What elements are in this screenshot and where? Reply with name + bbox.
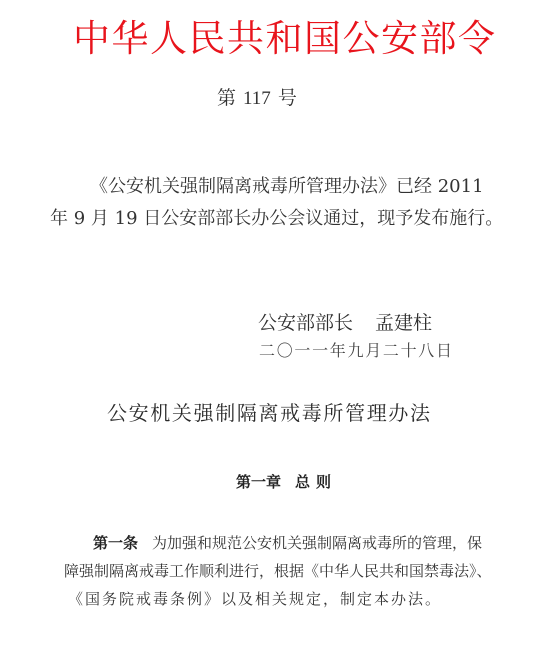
signatory-name: 孟建柱 <box>375 312 432 334</box>
article-1-text-3: 《国务院戒毒条例》以及相关规定，制定本办法。 <box>68 590 442 608</box>
chapter-label: 第一章 <box>236 473 281 491</box>
signature: 公安部部长孟建柱 <box>258 311 451 335</box>
article-1-line-1: 第一条为加强和规范公安机关强制隔离戒毒所的管理，保 <box>93 533 467 553</box>
signature-date: 二〇一一年九月二十八日 <box>259 341 452 361</box>
decree-number-prefix: 第 <box>217 87 236 109</box>
decree-number: 第117号 <box>217 86 297 111</box>
intro-paragraph-line-2: 年 9 月 19 日公安部部长办公会议通过，现予发布施行。 <box>50 208 460 230</box>
article-1-line-3: 《国务院戒毒条例》以及相关规定，制定本办法。 <box>68 589 442 609</box>
chapter-heading: 第一章总则 <box>236 472 331 492</box>
chapter-title-part-1: 总 <box>295 473 310 491</box>
document-title: 公安机关强制隔离戒毒所管理办法 <box>107 400 430 426</box>
signatory-position: 公安部部长 <box>258 312 353 334</box>
decree-title: 中华人民共和国公安部令 <box>73 17 459 61</box>
article-label: 第一条 <box>93 534 138 552</box>
article-1-text-1: 为加强和规范公安机关强制隔离戒毒所的管理，保 <box>152 534 482 552</box>
decree-number-suffix: 号 <box>278 87 297 109</box>
chapter-title-part-2: 则 <box>316 473 331 491</box>
decree-number-value: 117 <box>243 88 271 109</box>
article-1-line-2: 障强制隔离戒毒工作顺利进行，根据《中华人民共和国禁毒法》、 <box>64 561 467 581</box>
intro-paragraph-line-1: 《公安机关强制隔离戒毒所管理办法》已经 2011 <box>90 176 460 198</box>
